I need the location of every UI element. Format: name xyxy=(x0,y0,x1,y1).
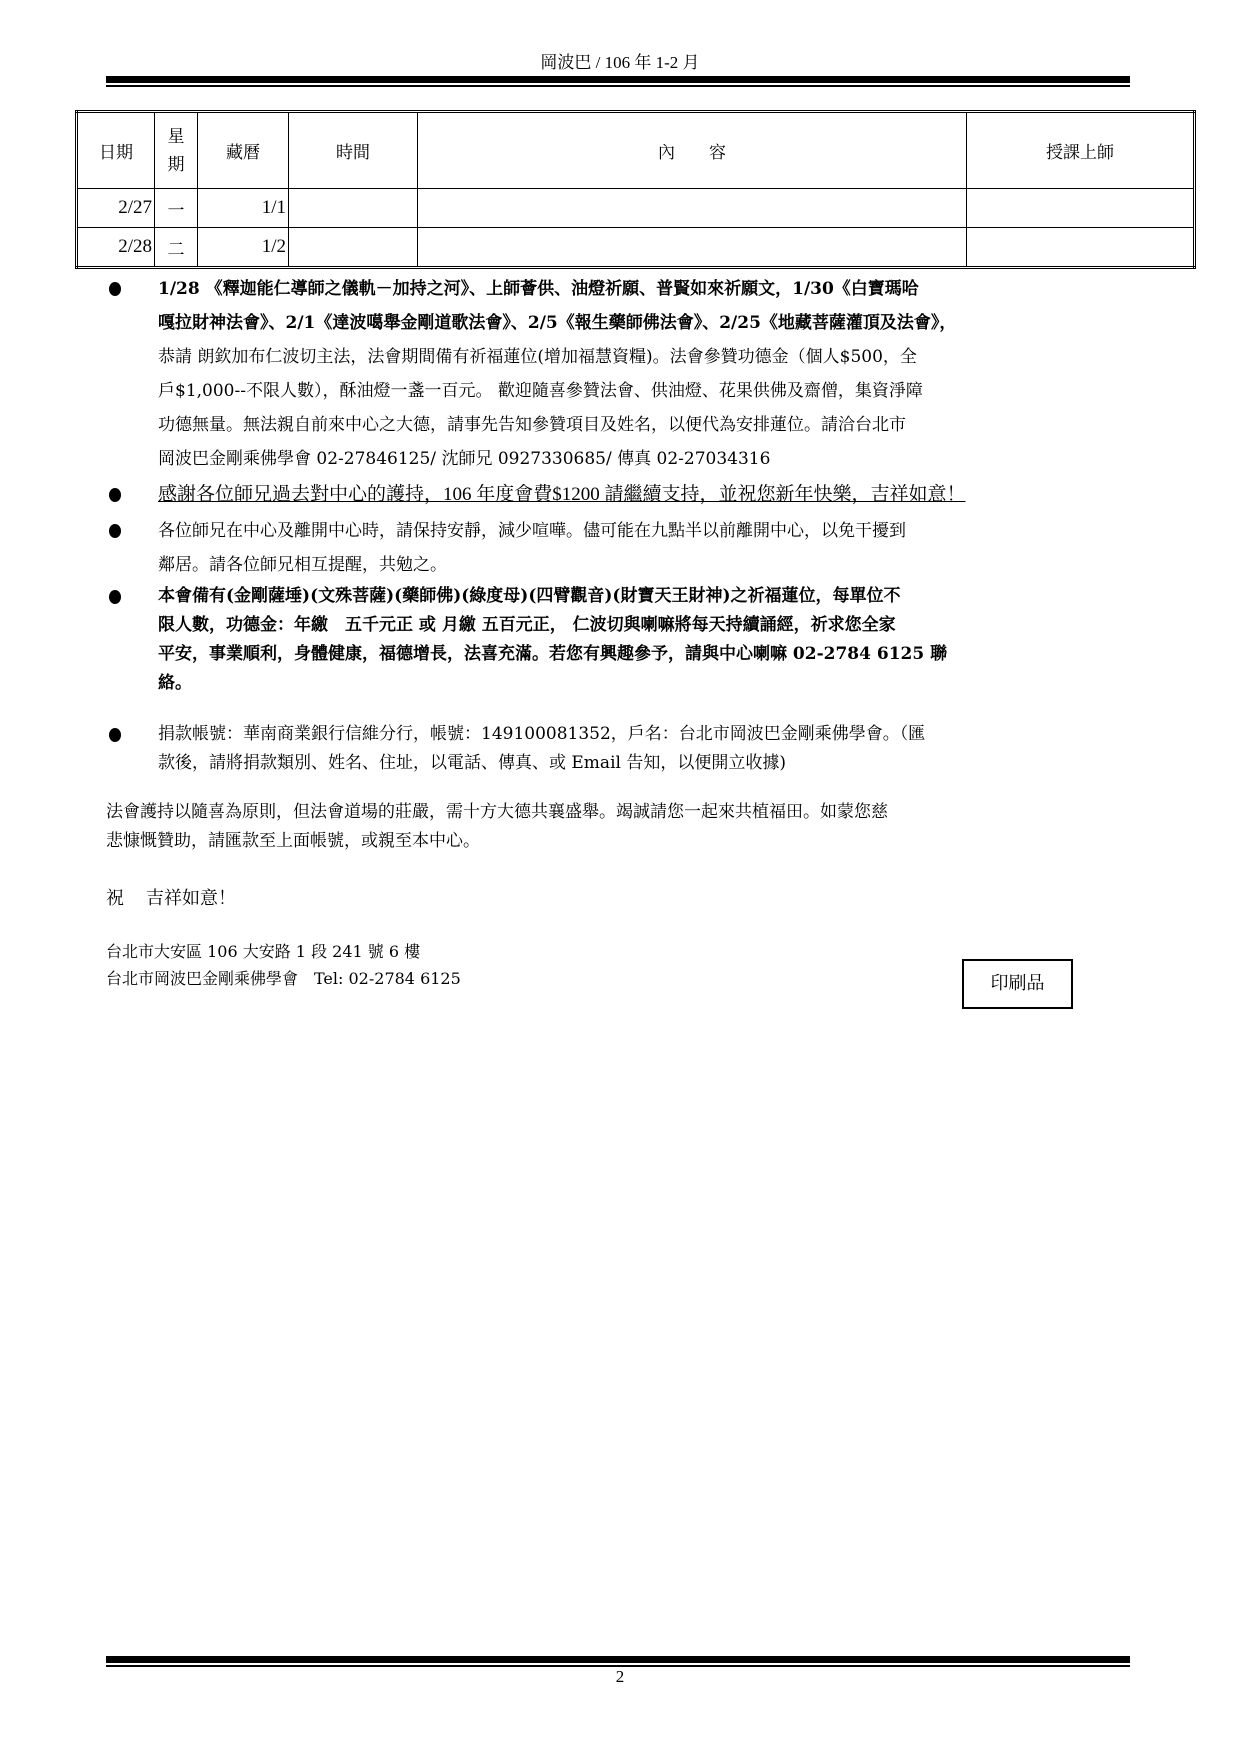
donation-line-1: 捐款帳號：華南商業銀行信維分行，帳號：149100081352，戶名：台北市岡波… xyxy=(158,720,1170,749)
bullet-dharma-events: 1/28 《釋迦能仁導師之儀軌－加持之河》、上師薈供、油燈祈願、普賢如來祈願文，… xyxy=(106,272,1170,476)
bullet-donation-account: 捐款帳號：華南商業銀行信維分行，帳號：149100081352，戶名：台北市岡波… xyxy=(106,720,1170,778)
footer-rule xyxy=(106,1656,1130,1667)
events-line-3: 恭請 朗欽加布仁波切主法，法會期間備有祈福蓮位(增加福慧資糧)。法會參贊功德金（… xyxy=(158,340,1170,374)
lotus-line-1: 本會備有(金剛薩埵)(文殊菩薩)(藥師佛)(綠度母)(四臂觀音)(財寶天王財神)… xyxy=(158,582,1170,611)
page-header-title: 岡波巴 / 106 年 1-2 月 xyxy=(0,48,1240,73)
membership-fee-text: 感謝各位師兄過去對中心的護持，106 年度會費$1200 請繼續支持，並祝您新年… xyxy=(158,484,966,505)
column-header-weekday: 星 期 xyxy=(155,112,198,189)
bullet-icon xyxy=(109,590,121,604)
cell-date: 2/28 xyxy=(77,228,155,268)
schedule-table: 日期 星 期 藏曆 時間 內 容 授課上師 2/27 一 1/1 2/28 二 … xyxy=(75,110,1196,269)
table-header-row: 日期 星 期 藏曆 時間 內 容 授課上師 xyxy=(77,112,1195,189)
cell-tibetan-date: 1/1 xyxy=(198,189,289,228)
lotus-line-4: 絡。 xyxy=(158,669,1170,698)
bullet-icon xyxy=(109,524,121,538)
weekday-header-line-2: 期 xyxy=(155,151,197,179)
bullet-icon xyxy=(109,728,121,742)
column-header-time: 時間 xyxy=(289,112,418,189)
cell-date: 2/27 xyxy=(77,189,155,228)
column-header-content: 內 容 xyxy=(418,112,967,189)
blessing-prefix: 祝 xyxy=(106,888,124,909)
page-number: 2 xyxy=(0,1667,1240,1687)
bullet-icon xyxy=(109,488,121,502)
closing-paragraph: 法會護持以隨喜為原則，但法會道場的莊嚴，需十方大德共襄盛舉。竭誠請您一起來共植福… xyxy=(106,798,1170,856)
closing-line-2: 悲慷慨贊助，請匯款至上面帳號，或親至本中心。 xyxy=(106,827,1170,856)
column-header-date: 日期 xyxy=(77,112,155,189)
donation-line-2: 款後，請將捐款類別、姓名、住址，以電話、傳真、或 Email 告知，以便開立收據… xyxy=(158,749,1170,778)
cell-tibetan-date: 1/2 xyxy=(198,228,289,268)
column-header-tibetan-date: 藏曆 xyxy=(198,112,289,189)
announcements: 1/28 《釋迦能仁導師之儀軌－加持之河》、上師薈供、油燈祈願、普賢如來祈願文，… xyxy=(106,272,1170,992)
table-row: 2/27 一 1/1 xyxy=(77,189,1195,228)
bullet-membership-fee: 感謝各位師兄過去對中心的護持，106 年度會費$1200 請繼續支持，並祝您新年… xyxy=(106,478,1170,512)
cell-content xyxy=(418,189,967,228)
quiet-line-2: 鄰居。請各位師兄相互提醒，共勉之。 xyxy=(158,548,1170,582)
events-line-4: 戶$1,000--不限人數），酥油燈一盞一百元。 歡迎隨喜參贊法會、供油燈、花果… xyxy=(158,374,1170,408)
printed-matter-stamp: 印刷品 xyxy=(962,959,1073,1009)
cell-content xyxy=(418,228,967,268)
header-rule xyxy=(106,76,1130,87)
cell-weekday: 二 xyxy=(155,228,198,268)
bullet-icon xyxy=(109,282,121,296)
events-line-5: 功德無量。無法親自前來中心之大德，請事先告知參贊項目及姓名，以便代為安排蓮位。請… xyxy=(158,408,1170,442)
events-line-6: 岡波巴金剛乘佛學會 02-27846125/ 沈師兄 0927330685/ 傳… xyxy=(158,442,1170,476)
weekday-header-line-1: 星 xyxy=(155,123,197,151)
events-line-1: 1/28 《釋迦能仁導師之儀軌－加持之河》、上師薈供、油燈祈願、普賢如來祈願文，… xyxy=(158,272,1170,306)
cell-weekday: 一 xyxy=(155,189,198,228)
cell-teacher xyxy=(967,189,1195,228)
table-row: 2/28 二 1/2 xyxy=(77,228,1195,268)
lotus-line-2: 限人數，功德金：年繳 五千元正 或 月繳 五百元正， 仁波切與喇嘛將每天持續誦經… xyxy=(158,611,1170,640)
bullet-quiet-reminder: 各位師兄在中心及離開中心時，請保持安靜，減少喧嘩。儘可能在九點半以前離開中心，以… xyxy=(106,514,1170,582)
blessing: 祝吉祥如意！ xyxy=(106,884,1170,914)
blessing-text: 吉祥如意！ xyxy=(146,888,236,909)
events-line-2: 嘎拉財神法會》、2/1《達波噶舉金剛道歌法會》、2/5《報生藥師佛法會》、2/2… xyxy=(158,306,1170,340)
cell-time xyxy=(289,228,418,268)
cell-teacher xyxy=(967,228,1195,268)
closing-line-1: 法會護持以隨喜為原則，但法會道場的莊嚴，需十方大德共襄盛舉。竭誠請您一起來共植福… xyxy=(106,798,1170,827)
column-header-teacher: 授課上師 xyxy=(967,112,1195,189)
lotus-line-3: 平安，事業順利，身體健康，福德增長，法喜充滿。若您有興趣參予，請與中心喇嘛 02… xyxy=(158,640,1170,669)
quiet-line-1: 各位師兄在中心及離開中心時，請保持安靜，減少喧嘩。儘可能在九點半以前離開中心，以… xyxy=(158,514,1170,548)
bullet-blessing-lotus: 本會備有(金剛薩埵)(文殊菩薩)(藥師佛)(綠度母)(四臂觀音)(財寶天王財神)… xyxy=(106,582,1170,698)
cell-time xyxy=(289,189,418,228)
